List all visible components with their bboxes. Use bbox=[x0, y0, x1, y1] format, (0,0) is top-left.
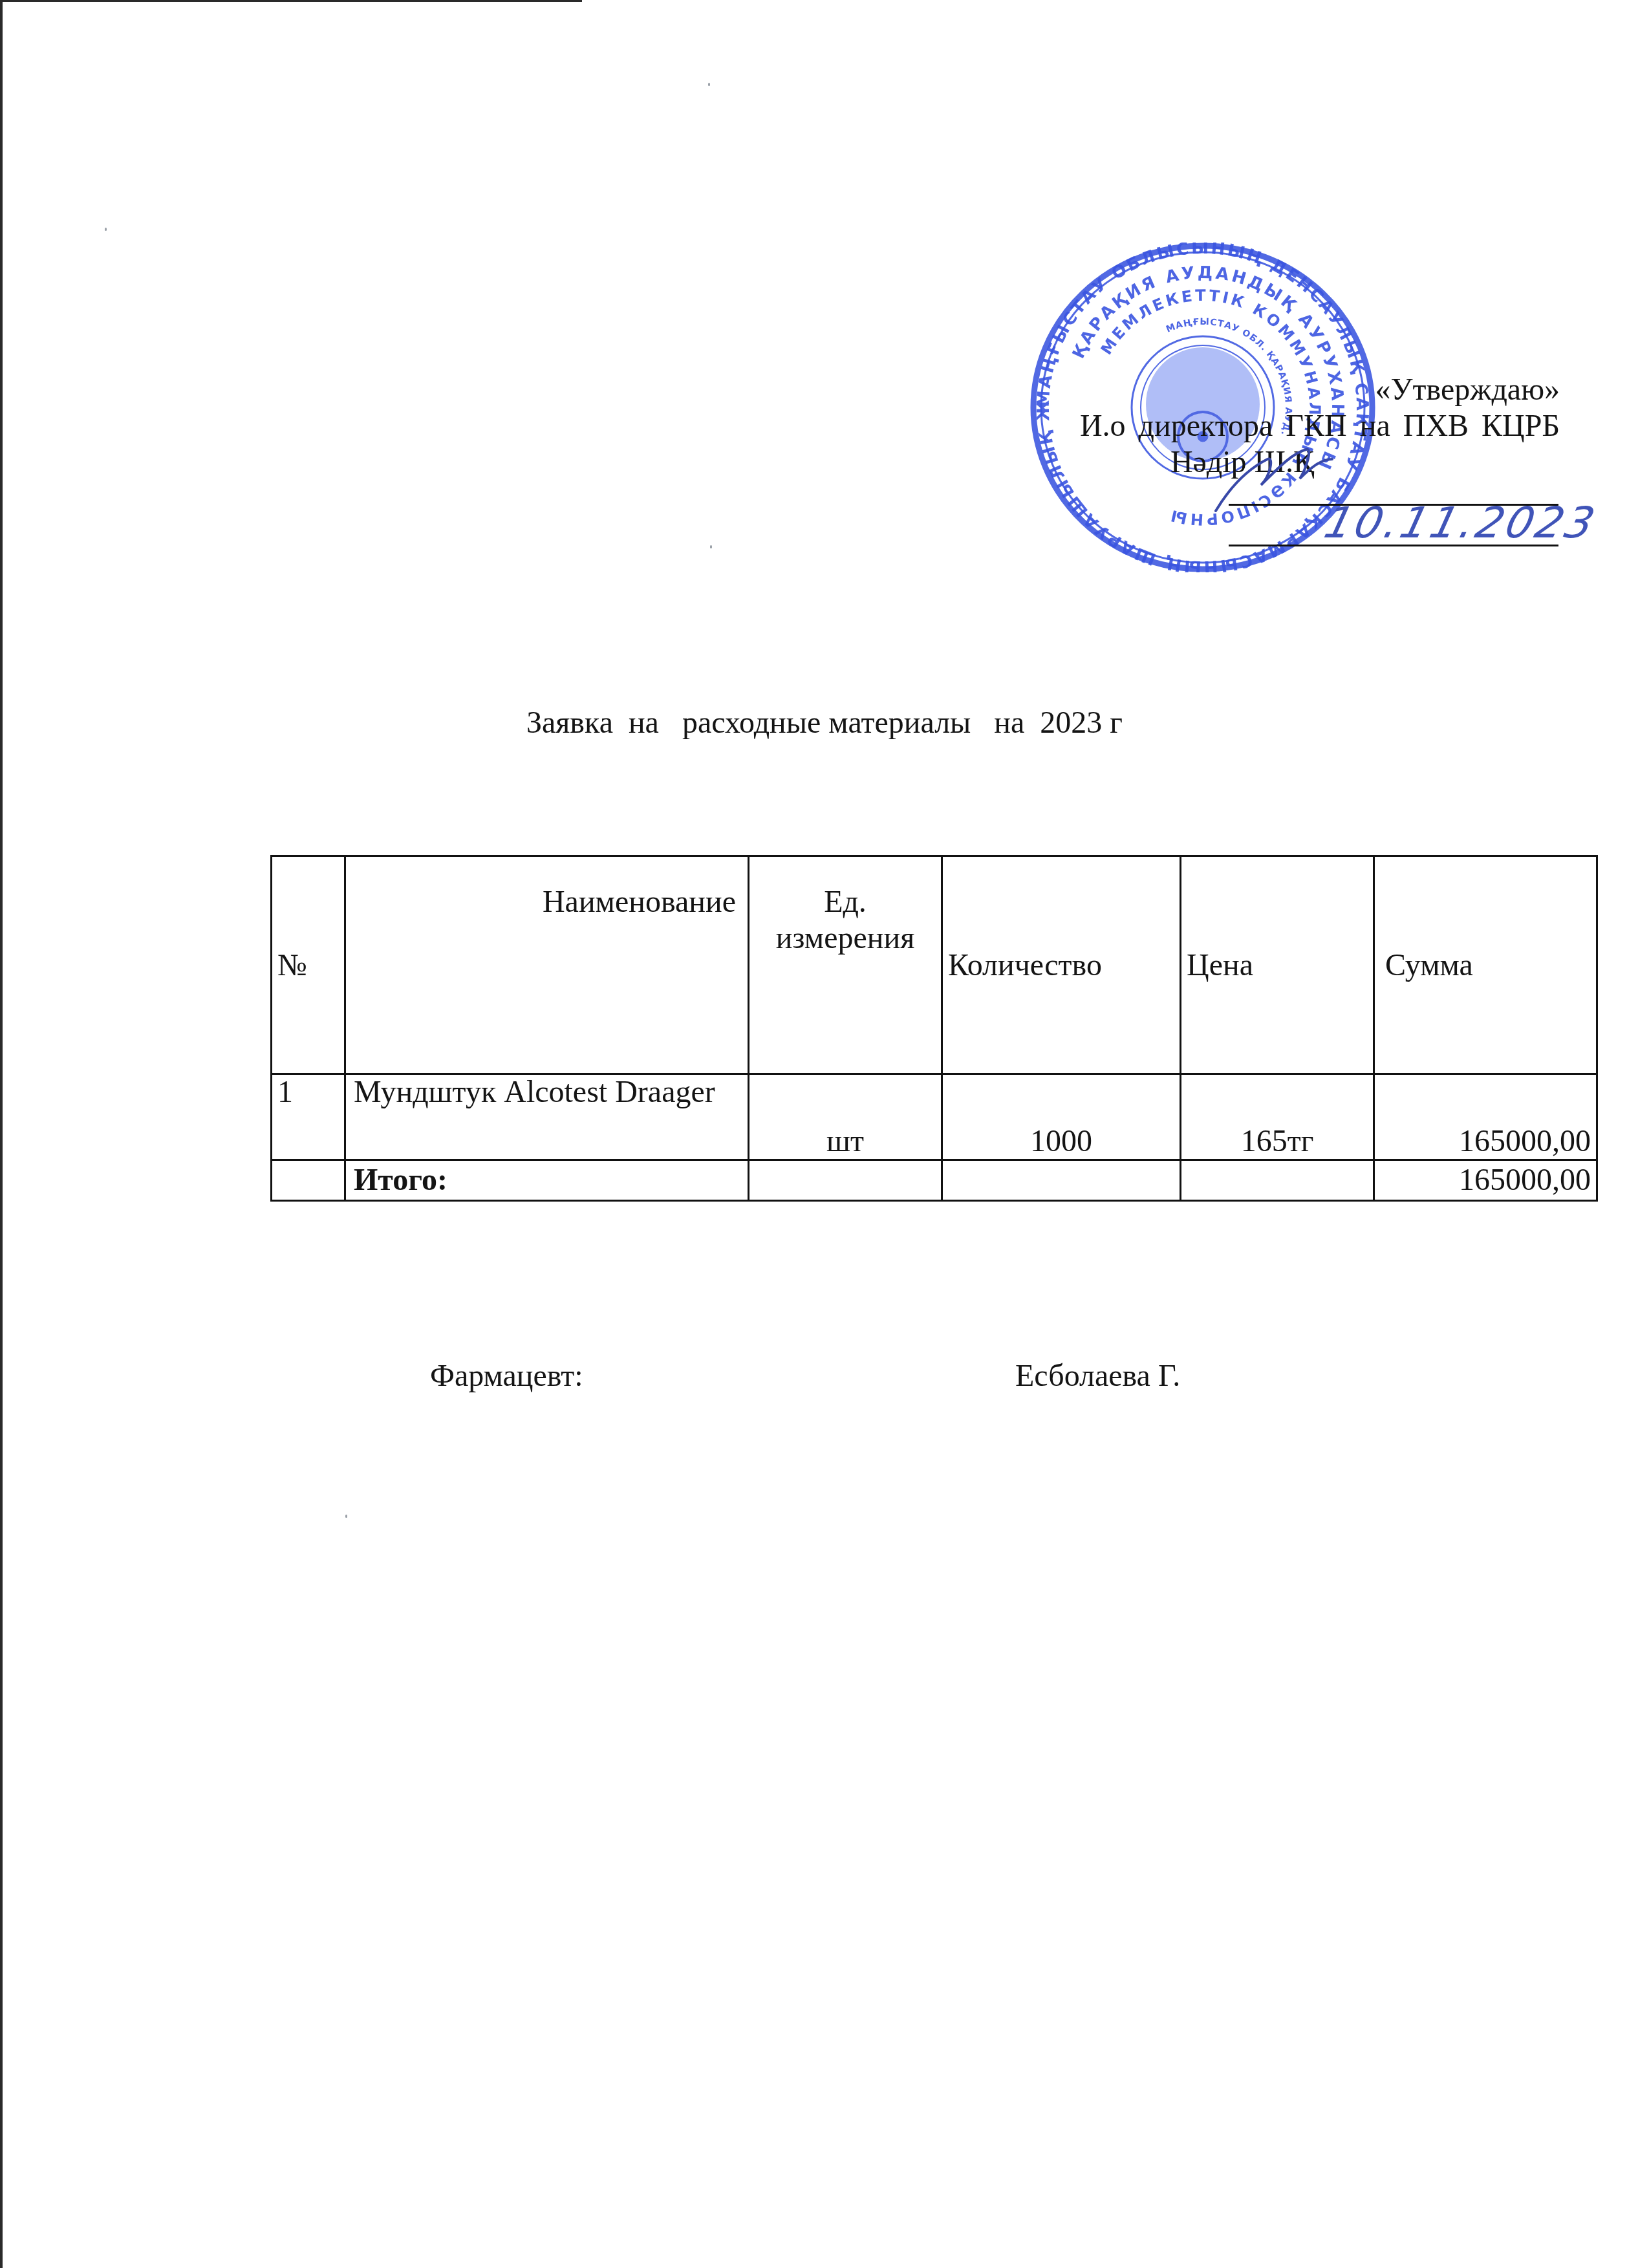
scan-edge-left bbox=[0, 0, 3, 2268]
header-unit: Ед. измерения bbox=[749, 856, 942, 1074]
header-no: № bbox=[272, 856, 345, 1074]
cell-price: 165тг bbox=[1181, 1074, 1374, 1160]
cell-unit: шт bbox=[749, 1074, 942, 1160]
handwritten-date: 10.11.2023 bbox=[1319, 498, 1602, 548]
scan-speck bbox=[345, 1515, 347, 1518]
table-header-row: № Наименование Ед. измерения Количество … bbox=[272, 856, 1597, 1074]
cell-empty bbox=[749, 1160, 942, 1201]
cell-empty bbox=[272, 1160, 345, 1201]
cell-empty bbox=[942, 1160, 1181, 1201]
cell-sum: 165000,00 bbox=[1374, 1074, 1597, 1160]
document-title: Заявка на расходные материалы на 2023 г bbox=[0, 705, 1649, 740]
scan-speck bbox=[105, 228, 107, 231]
cell-quantity: 1000 bbox=[942, 1074, 1181, 1160]
header-sum: Сумма bbox=[1374, 856, 1597, 1074]
cell-empty bbox=[1181, 1160, 1374, 1201]
approval-block: «Утверждаю» И.о директора ГКП на ПХВ КЦР… bbox=[1080, 372, 1560, 444]
cell-no: 1 bbox=[272, 1074, 345, 1160]
header-name: Наименование bbox=[345, 856, 749, 1074]
scan-speck bbox=[710, 545, 712, 548]
scan-speck bbox=[708, 83, 710, 86]
header-price: Цена bbox=[1181, 856, 1374, 1074]
pharmacist-role: Фармацевт: bbox=[430, 1358, 583, 1394]
total-label: Итого: bbox=[345, 1160, 749, 1201]
table-total-row: Итого: 165000,00 bbox=[272, 1160, 1597, 1201]
scan-edge-top bbox=[0, 0, 582, 2]
table-row: 1 Мундштук Alcotest Draager шт 1000 165т… bbox=[272, 1074, 1597, 1160]
approver-position: И.о директора ГКП на ПХВ КЦРБ bbox=[1080, 408, 1560, 444]
handwritten-signature bbox=[1209, 440, 1339, 517]
header-quantity: Количество bbox=[942, 856, 1181, 1074]
cell-name: Мундштук Alcotest Draager bbox=[345, 1074, 749, 1160]
approval-heading: «Утверждаю» bbox=[1080, 372, 1560, 408]
total-sum: 165000,00 bbox=[1374, 1160, 1597, 1201]
materials-table: № Наименование Ед. измерения Количество … bbox=[270, 855, 1598, 1202]
pharmacist-name: Есболаева Г. bbox=[1015, 1358, 1180, 1394]
